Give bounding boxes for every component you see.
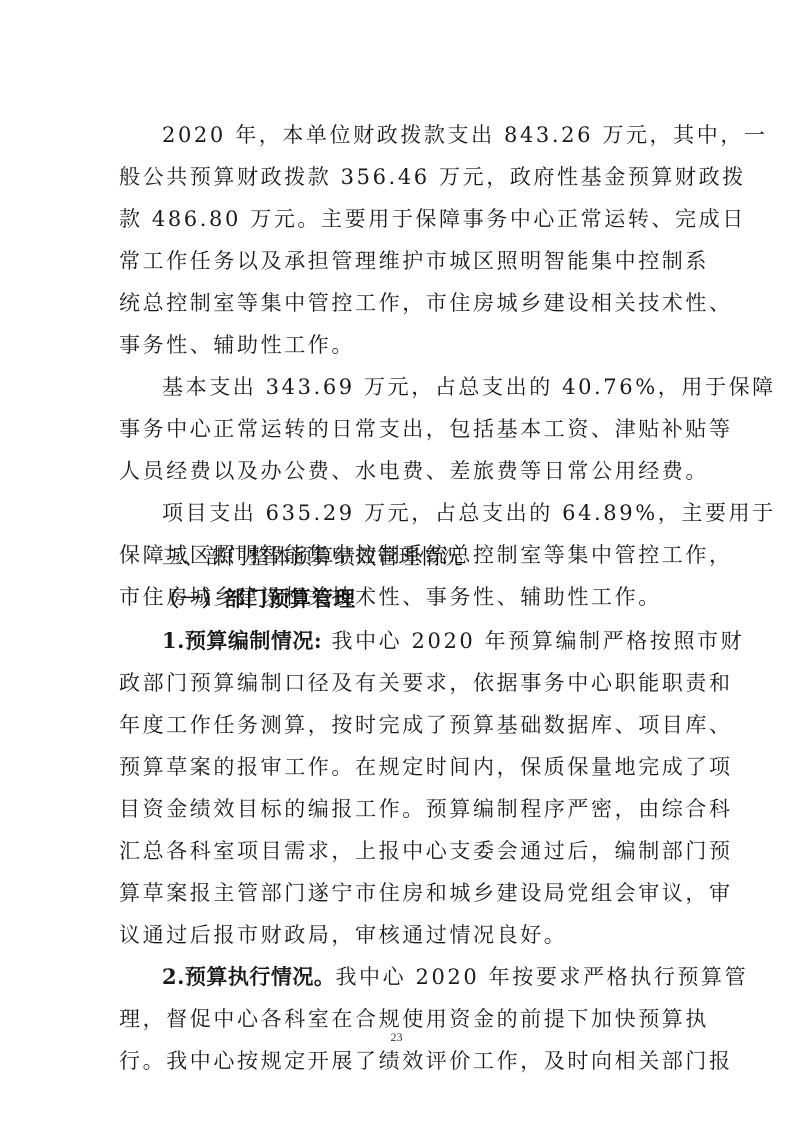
paragraph-4-line-1: 1.预算编制情况: 我中心 2020 年预算编制严格按照市财 <box>162 627 679 655</box>
paragraph-4-line-6: 汇总各科室项目需求，上报中心支委会通过后，编制部门预 <box>119 837 679 865</box>
paragraph-4-lead: 1.预算编制情况: <box>162 628 322 653</box>
paragraph-5-lead: 2.预算执行情况。 <box>162 964 335 989</box>
paragraph-1-line-6: 事务性、辅助性工作。 <box>119 331 679 359</box>
paragraph-5-line-2: 理，督促中心各科室在合规使用资金的前提下加快预算执 <box>119 1005 679 1033</box>
paragraph-2-line-2: 事务中心正常运转的日常支出，包括基本工资、津贴补贴等 <box>119 415 679 443</box>
paragraph-1-line-1: 2020 年，本单位财政拨款支出 843.26 万元，其中，一 <box>162 121 679 149</box>
paragraph-4-line-2: 政部门预算编制口径及有关要求，依据事务中心职能职责和 <box>119 669 679 697</box>
paragraph-5-line-1: 2.预算执行情况。我中心 2020 年按要求严格执行预算管 <box>162 963 679 991</box>
paragraph-1-line-5: 统总控制室等集中管控工作，市住房城乡建设相关技术性、 <box>119 289 679 317</box>
paragraph-4-line-7: 算草案报主管部门遂宁市住房和城乡建设局党组会审议，审 <box>119 879 679 907</box>
subsection-heading: （一）部门预算管理 <box>158 585 356 613</box>
paragraph-4-line-5: 目资金绩效目标的编报工作。预算编制程序严密，由综合科 <box>119 795 679 823</box>
document-page: 2020 年，本单位财政拨款支出 843.26 万元，其中，一 般公共预算财政拨… <box>0 0 793 1122</box>
paragraph-3-line-1: 项目支出 635.29 万元，占总支出的 64.89%，主要用于 <box>162 499 679 527</box>
paragraph-4-line-4: 预算草案的报审工作。在规定时间内，保质保量地完成了项 <box>119 753 679 781</box>
section-heading-3: 三、部门整体预算绩效管理情况 <box>162 543 463 571</box>
paragraph-2-line-3: 人员经费以及办公费、水电费、差旅费等日常公用经费。 <box>119 457 679 485</box>
paragraph-1-line-2: 般公共预算财政拨款 356.46 万元，政府性基金预算财政拨 <box>119 163 679 191</box>
paragraph-4-text: 我中心 2020 年预算编制严格按照市财 <box>322 629 744 653</box>
paragraph-1-line-4: 常工作任务以及承担管理维护市城区照明智能集中控制系 <box>119 247 679 275</box>
paragraph-4-line-3: 年度工作任务测算，按时完成了预算基础数据库、项目库、 <box>119 711 679 739</box>
paragraph-2-line-1: 基本支出 343.69 万元，占总支出的 40.76%，用于保障 <box>162 373 679 401</box>
paragraph-5-text: 我中心 2020 年按要求严格执行预算管 <box>335 965 748 989</box>
paragraph-4-line-8: 议通过后报市财政局，审核通过情况良好。 <box>119 921 679 949</box>
paragraph-5-line-3: 行。我中心按规定开展了绩效评价工作，及时向相关部门报 <box>119 1047 679 1075</box>
page-number: 23 <box>0 1030 793 1045</box>
paragraph-1-line-3: 款 486.80 万元。主要用于保障事务中心正常运转、完成日 <box>119 205 679 233</box>
